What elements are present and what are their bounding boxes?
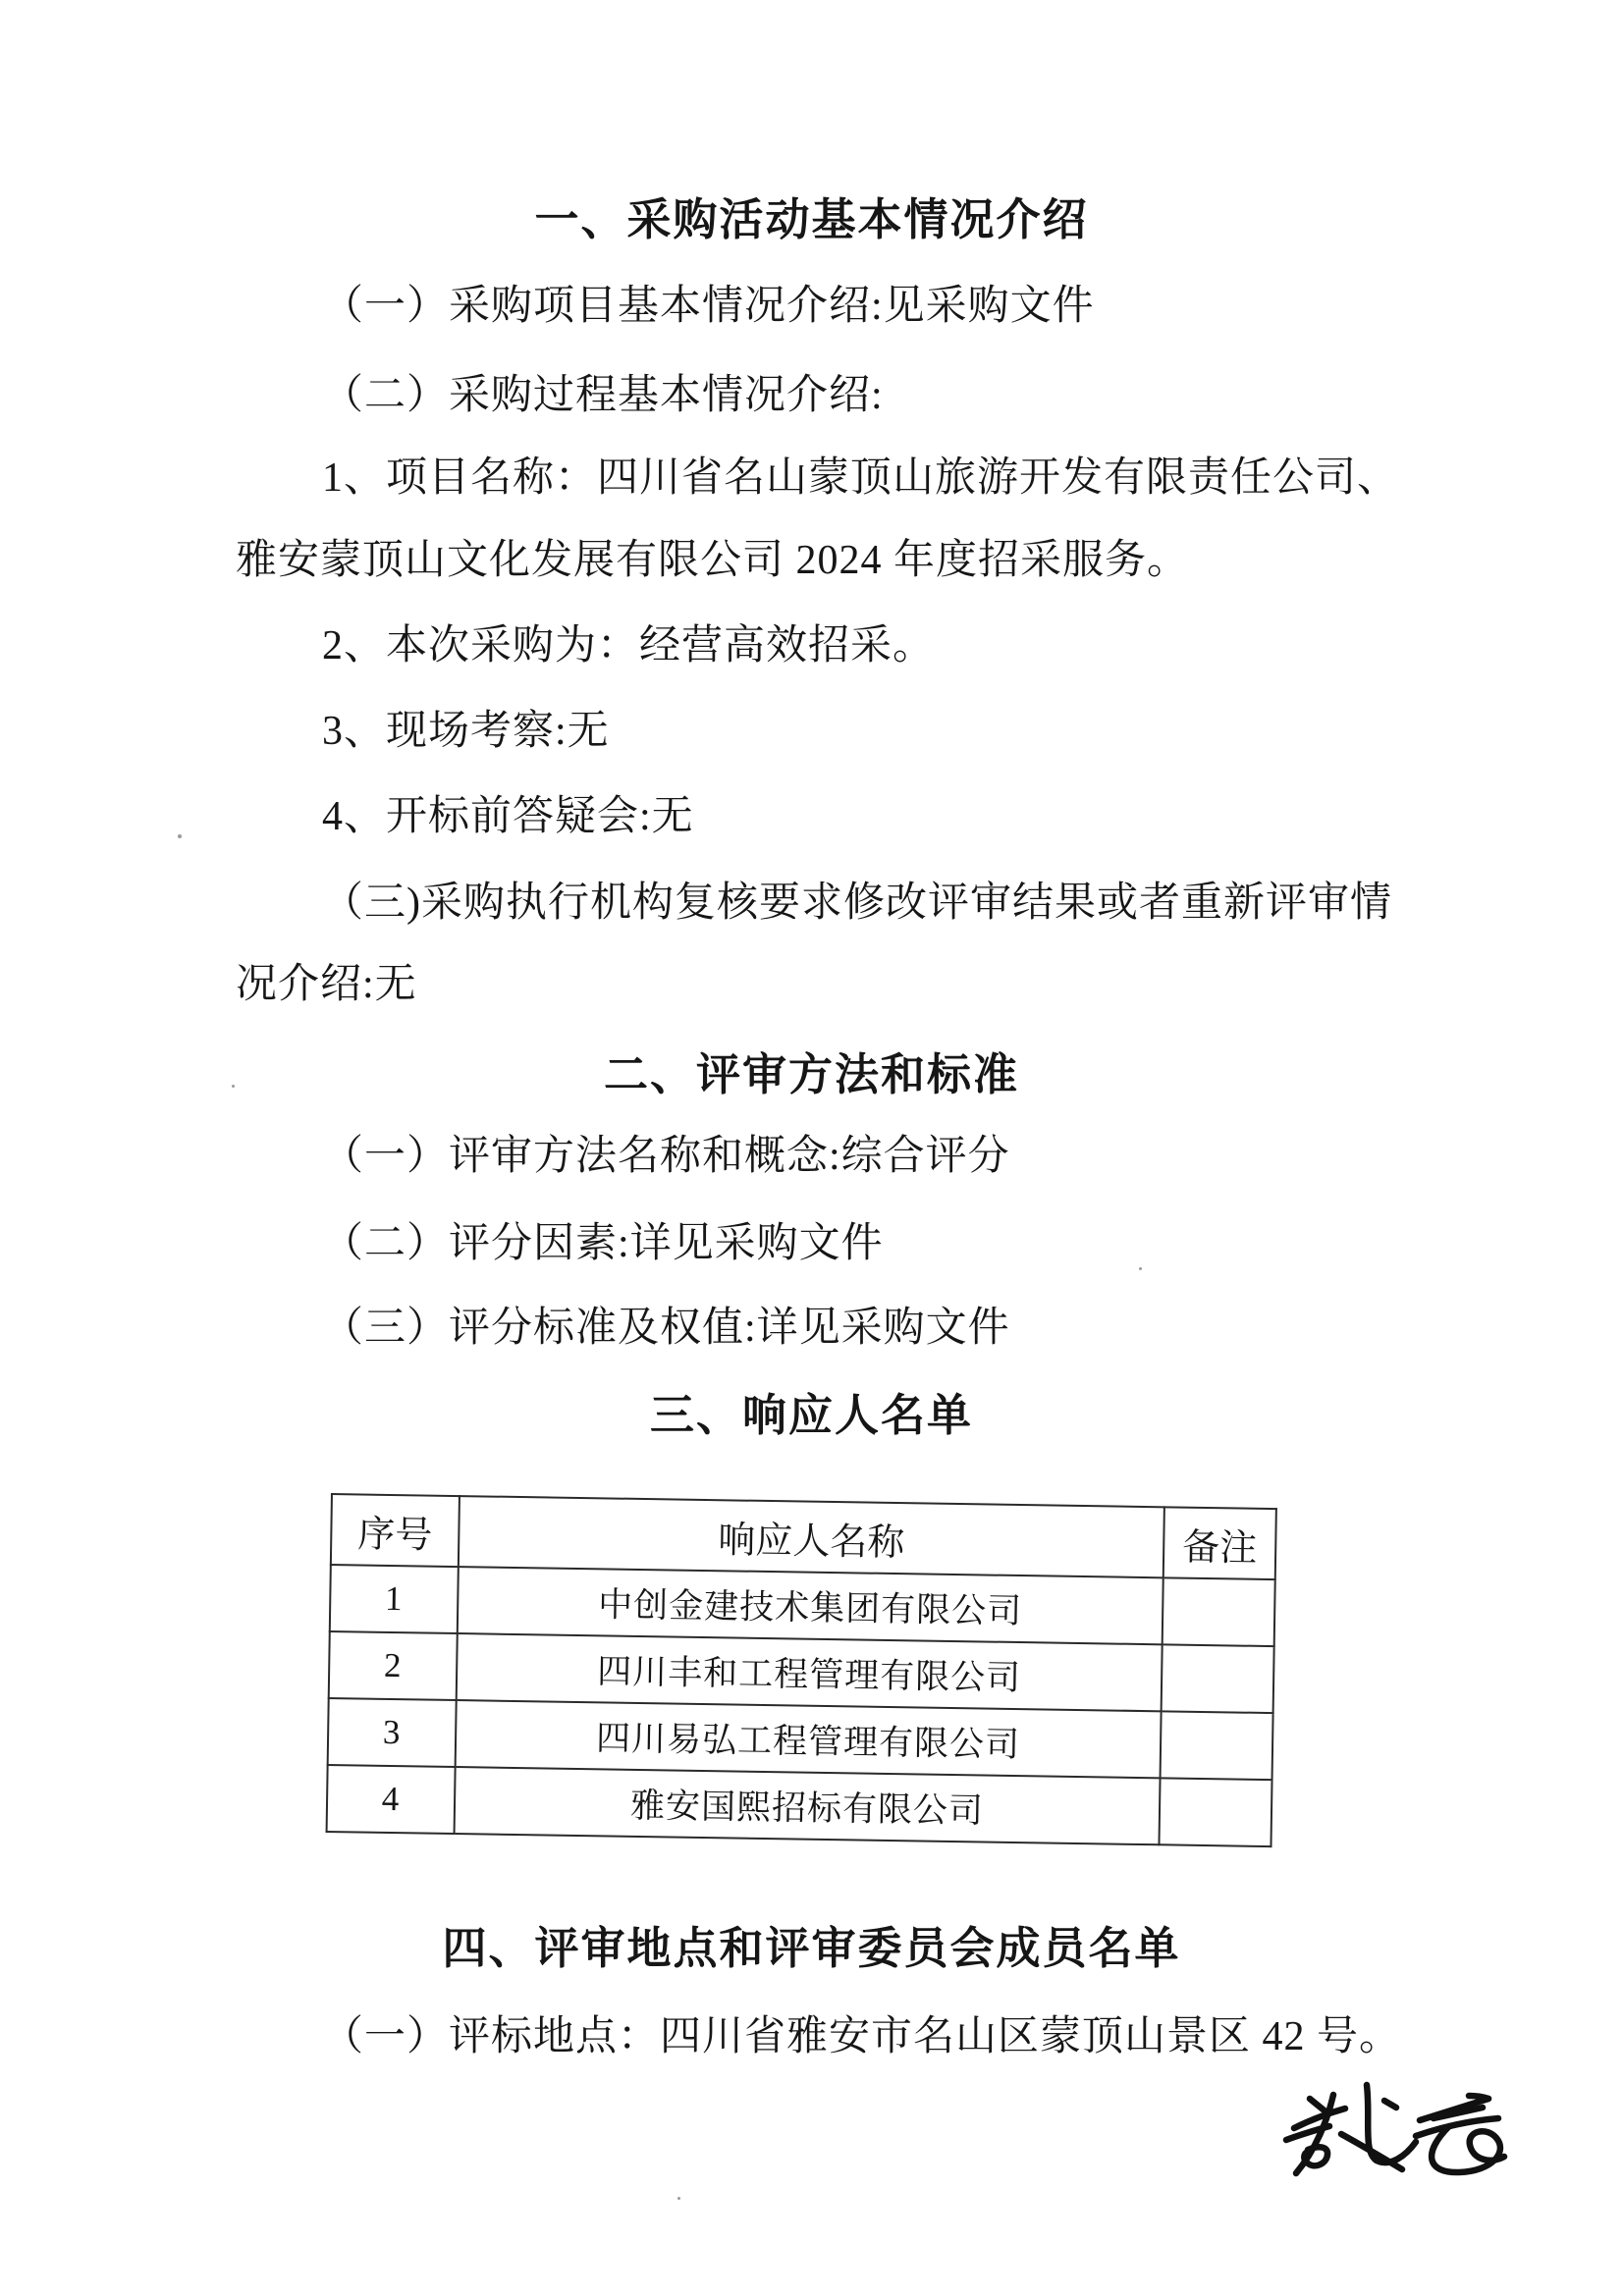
section-4-heading: 四、评审地点和评审委员会成员名单 [0,1925,1623,1974]
row-note [1161,1711,1273,1780]
section-2-heading: 二、评审方法和标准 [0,1051,1623,1100]
section-3-heading: 三、响应人名单 [0,1392,1623,1441]
row-no: 1 [330,1565,459,1633]
row-name: 四川易弘工程管理有限公司 [456,1700,1162,1778]
doc-line: 3、现场考察:无 [322,708,610,755]
row-note [1163,1577,1275,1646]
doc-line: （二）评分因素:详见采购文件 [322,1220,884,1267]
row-name: 四川丰和工程管理有限公司 [457,1633,1163,1711]
handwritten-signature [1272,2075,1512,2185]
doc-line: （一）采购项目基本情况介绍:见采购文件 [322,283,1095,330]
table-row: 4 雅安国熙招标有限公司 [327,1765,1272,1846]
doc-line: （一）评审方法名称和概念:综合评分 [322,1133,1010,1180]
doc-line: 雅安蒙顶山文化发展有限公司 2024 年度招采服务。 [236,537,1189,584]
respondents-table: 序号 响应人名称 备注 1 中创金建技术集团有限公司 2 四川丰和工程管理有限公… [326,1493,1277,1847]
scan-speck [1139,1267,1142,1270]
row-note [1159,1778,1271,1846]
scan-speck [677,2197,680,2200]
scan-speck [232,1085,235,1088]
document-page: 一、采购活动基本情况介绍 （一）采购项目基本情况介绍:见采购文件 （二）采购过程… [0,0,1623,2296]
doc-line: （三)采购执行机构复核要求修改评审结果或者重新评审情 [322,880,1392,927]
doc-line: 况介绍:无 [236,961,417,1008]
doc-line: （二）采购过程基本情况介绍: [322,372,884,419]
scan-speck [178,834,182,838]
row-no: 3 [328,1698,457,1767]
doc-line: 2、本次采购为：经营高效招采。 [322,622,935,669]
doc-line: （一）评标地点：四川省雅安市名山区蒙顶山景区 42 号。 [322,2013,1401,2060]
row-name: 雅安国熙招标有限公司 [455,1767,1161,1844]
row-no: 2 [329,1631,458,1700]
doc-line: 4、开标前答疑会:无 [322,793,694,840]
table-header-no: 序号 [331,1494,460,1567]
doc-line: 1、项目名称：四川省名山蒙顶山旅游开发有限责任公司、 [322,454,1399,502]
section-1-heading: 一、采购活动基本情况介绍 [0,196,1623,245]
row-note [1162,1644,1274,1713]
row-no: 4 [327,1765,456,1834]
doc-line: （三）评分标准及权值:详见采购文件 [322,1305,1010,1352]
row-name: 中创金建技术集团有限公司 [458,1567,1163,1644]
table-header-name: 响应人名称 [459,1496,1164,1577]
table-header-note: 备注 [1163,1507,1276,1579]
